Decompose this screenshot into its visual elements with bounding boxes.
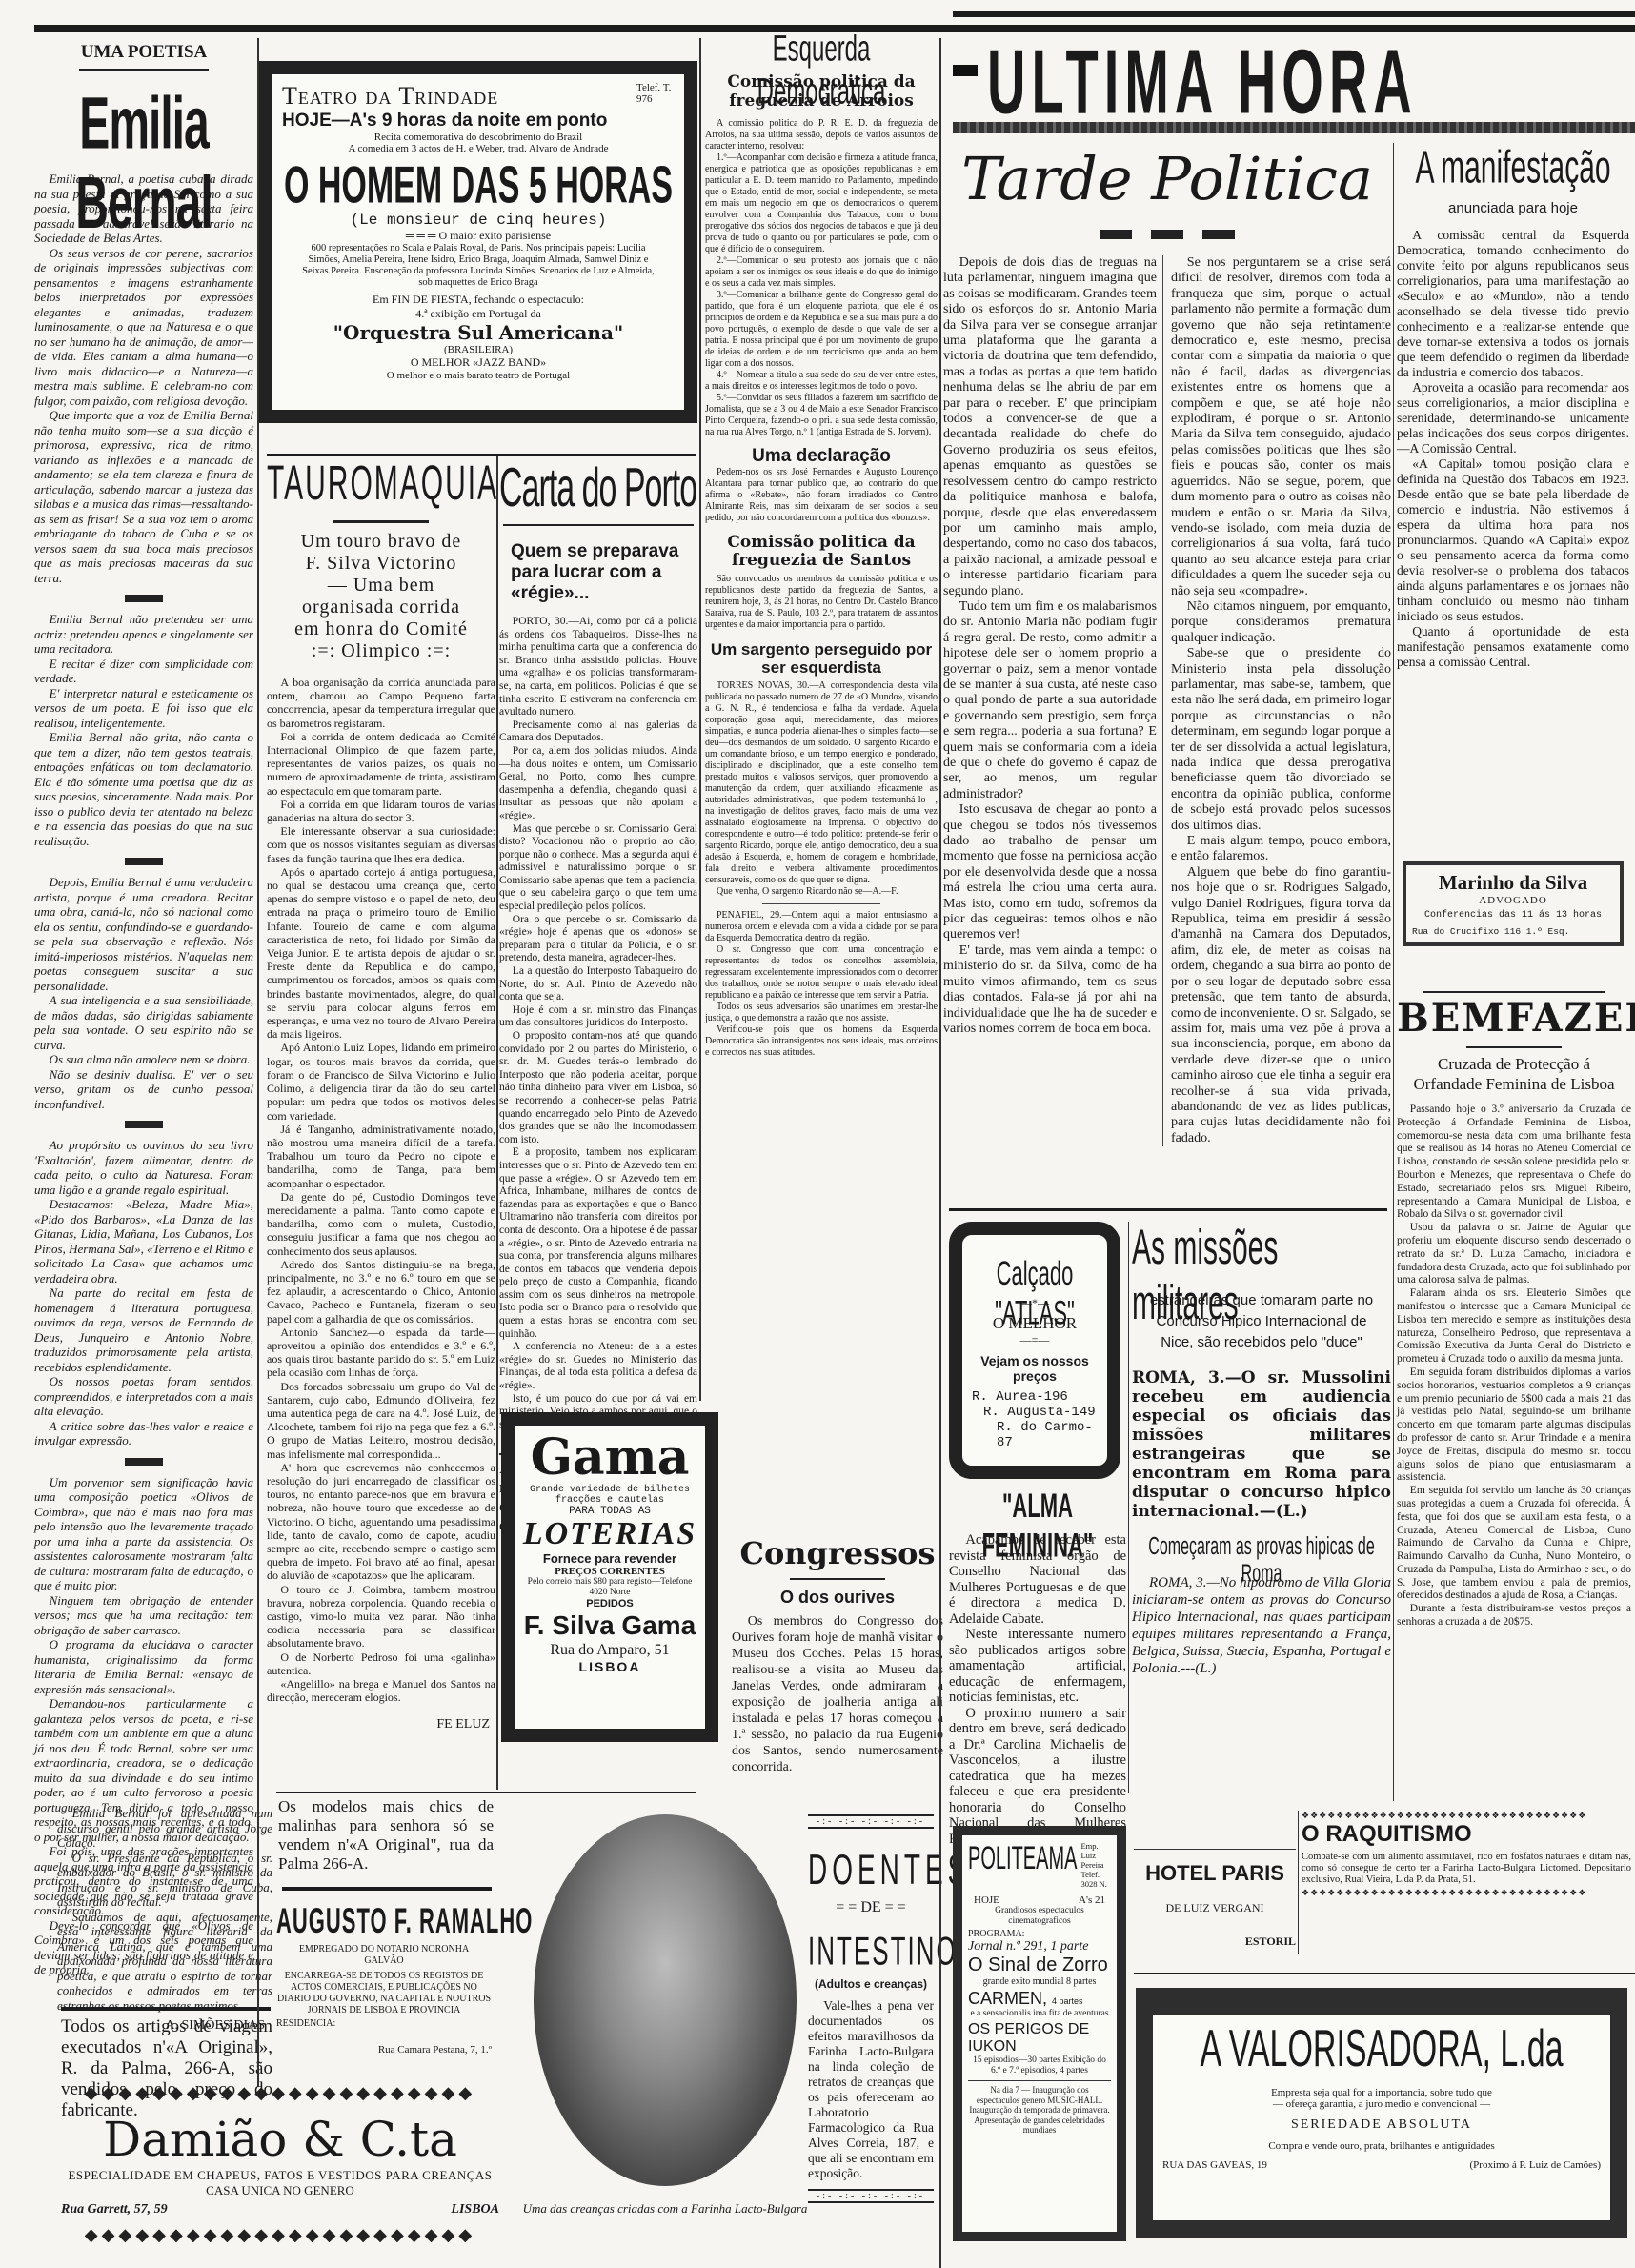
paragraph: Hoje é com a sr. ministro das Finanças u… bbox=[499, 1004, 697, 1030]
article-subhead: O dos ourives bbox=[732, 1588, 943, 1608]
divider bbox=[79, 69, 209, 71]
paragraph: 5.º—Convidar os seus filiados a fazerem … bbox=[705, 393, 938, 438]
paragraph: A sua inteligencia e a sua sensibilidade… bbox=[34, 993, 253, 1052]
ad-line: Combate-se com um alimento assimilavel, … bbox=[1302, 1852, 1631, 1886]
article-body: A comissão central da Esquerda Democrati… bbox=[1397, 228, 1629, 670]
paragraph: Sabe-se que o presidente do Ministerio i… bbox=[1171, 646, 1391, 834]
article-headline: A manifestação bbox=[1397, 143, 1629, 194]
ad-line: EMPREGADO DO NOTARIO NORONHA GALVÃO bbox=[276, 1944, 492, 1967]
program-item: CARMEN, bbox=[968, 1989, 1047, 2008]
paragraph: Neste interessante numero são publicados… bbox=[949, 1627, 1126, 1706]
ad-loterias: LOTERIAS bbox=[522, 1517, 697, 1551]
ad-line: DE LUIZ VERGANI bbox=[1134, 1901, 1296, 1915]
ornament-border: ❖❖❖❖❖❖❖❖❖❖❖❖❖❖❖❖❖❖❖❖❖❖❖❖❖❖❖❖❖❖❖❖❖ bbox=[1302, 1888, 1631, 1898]
ad-silva-gama: Gama Grande variedade de bilhetes fracçõ… bbox=[501, 1412, 718, 1742]
orchestra-name: "Orquestra Sul Americana" bbox=[282, 321, 675, 344]
article-manifestacao: A manifestação anunciada para hoje A com… bbox=[1397, 143, 1629, 670]
divider bbox=[276, 1792, 696, 1793]
paragraph: Ao propórsito os ouvimos do seu livro 'E… bbox=[34, 1138, 253, 1197]
paragraph: O programa da elucidava o caracter human… bbox=[34, 1637, 253, 1696]
ad-line: ENCARREGA-SE DE TODOS OS REGISTOS DE ACT… bbox=[276, 1971, 492, 2016]
paragraph: Emilia Bernal foi apresentada num discur… bbox=[57, 1806, 272, 1851]
column-rule bbox=[1393, 143, 1394, 1801]
ad-brand: Damião & C.ta bbox=[61, 2111, 499, 2168]
article-missoes-militares: As missões militares estrangeiras que to… bbox=[1132, 1222, 1391, 1677]
article-headline: Comissão politica da freguezia de Santos bbox=[705, 534, 938, 570]
article-carta-porto: Carta do Porto Quem se preparava para lu… bbox=[499, 457, 697, 1535]
paragraph: São convocados os membros da comissão po… bbox=[705, 574, 938, 631]
section-header: Congressos bbox=[732, 1536, 943, 1570]
paragraph: Saudamos de aqui, afectuosamente, essa i… bbox=[57, 1910, 272, 2014]
paragraph: E a proposito, tambem nos explicaram int… bbox=[499, 1146, 697, 1341]
paragraph: Depois de dois dias de treguas na luta p… bbox=[943, 255, 1157, 599]
ad-line: Empresta seja qual for a importancia, so… bbox=[1162, 2087, 1601, 2098]
article-emilia-bernal: UMA POETISA Emilia Bernal Emilia Bernal,… bbox=[34, 38, 253, 1977]
paragraph: Tudo tem um fim e os malabarismos do sr.… bbox=[943, 599, 1157, 802]
ornament-border: ◆◆◆◆◆◆◆◆◆◆◆◆◆◆◆◆◆◆◆◆◆◆◆ bbox=[61, 2225, 499, 2245]
article-body: PORTO, 30.—Ai, como por cá a policia ás … bbox=[499, 616, 697, 1431]
paragraph: A boa organisação da corrida anunciada p… bbox=[267, 676, 495, 730]
paragraph: Os seus versos de cor perene, sacrarios … bbox=[34, 246, 253, 409]
banner-rule bbox=[953, 122, 1635, 133]
paragraph: Todos os seus adversarios são unanimes e… bbox=[705, 1002, 938, 1024]
paragraph: Mas que percebe o sr. Comissario Geral d… bbox=[499, 823, 697, 914]
theatre-phone: Telef. T. 976 bbox=[636, 82, 675, 105]
ad-line: Na dia 7 — Inauguração dos espectaculos … bbox=[968, 2085, 1111, 2136]
ad-address: R. do Carmo-87 bbox=[972, 1420, 1098, 1450]
paragraph: Após o apartado cortejo á antiga portugu… bbox=[267, 865, 495, 1042]
paragraph: 3.º—Comunicar a brilhante gente do Congr… bbox=[705, 290, 938, 370]
article-body: TORRES NOVAS, 30.—A correspondencia dest… bbox=[705, 680, 938, 1059]
photo-caption: Uma das creanças criadas com a Farinha L… bbox=[522, 2201, 808, 2217]
ad-damiao: ◆◆◆◆◆◆◆◆◆◆◆◆◆◆◆◆◆◆◆◆◆◆◆ Damião & C.ta ES… bbox=[61, 2083, 499, 2245]
article-headline: Tarde Politica bbox=[943, 143, 1391, 215]
article-alma-feminina: "ALMA FEMININA" Acabamos de receber esta… bbox=[949, 1487, 1126, 1847]
ad-title: INTESTINOS bbox=[808, 1928, 934, 1972]
paragraph: O sr. Congresso que com uma concentração… bbox=[705, 944, 938, 1002]
ornament-border: -:- -:- -:- -:- -:- bbox=[808, 1814, 934, 1829]
article-subhead: Um touro bravo de F. Silva Victorino — U… bbox=[267, 531, 495, 662]
paragraph: Aproveita a ocasião para recomendar aos … bbox=[1397, 380, 1629, 456]
paragraph: Ele interessante observar a sua curiosid… bbox=[267, 824, 495, 865]
ad-line: RESIDENCIA: bbox=[276, 2018, 492, 2029]
column-rule bbox=[939, 38, 941, 2268]
divider bbox=[1466, 1046, 1562, 1048]
article-headline: As missões militares bbox=[1132, 1222, 1391, 1279]
article-headline: Um sargento perseguido por ser esquerdis… bbox=[705, 640, 938, 677]
show-title: O HOMEM DAS 5 HORAS bbox=[282, 158, 675, 212]
paragraph: Que importa que a voz de Emilia Bernal n… bbox=[34, 408, 253, 585]
paragraph: Ora o que percebe o sr. Comissario da «r… bbox=[499, 914, 697, 965]
paragraph: Verificou-se pois que os homens da Esque… bbox=[705, 1024, 938, 1059]
ad-line: 4 partes bbox=[1052, 1996, 1083, 2006]
article-congressos: Congressos O dos ourives Os membros do C… bbox=[732, 1536, 943, 1775]
paragraph: Que venha, O sargento Ricardo não se—A.—… bbox=[705, 886, 938, 898]
ad-line: HOJE bbox=[974, 1894, 999, 1906]
article-body: Passando hoje o 3.º aniversario da Cruza… bbox=[1397, 1104, 1631, 1630]
paragraph: Da gente do pé, Custodio Domingos teve m… bbox=[267, 1190, 495, 1258]
paragraph: Isto escusava de chegar ao ponto a que c… bbox=[943, 802, 1157, 943]
child-photo bbox=[534, 1814, 797, 2186]
paragraph: O sr. Presidente da Republica, o sr. emb… bbox=[57, 1851, 272, 1910]
ad-owner: F. Silva Gama bbox=[522, 1610, 697, 1642]
paragraph: Durante a festa distribuiram-se vestos p… bbox=[1397, 1603, 1631, 1630]
ad-augusto-ramalho: AUGUSTO F. RAMALHO EMPREGADO DO NOTARIO … bbox=[276, 1900, 492, 2055]
article-subhead: anunciada para hoje bbox=[1397, 200, 1629, 216]
paragraph: Se nos perguntarem se a crise será dific… bbox=[1171, 255, 1391, 599]
section-header: TAUROMAQUIA bbox=[267, 457, 495, 511]
paragraph: Pedem-nos os srs José Fernandes e August… bbox=[705, 467, 938, 524]
article-headline: "ALMA FEMININA" bbox=[949, 1487, 1126, 1525]
ad-brand: Marinho da Silva bbox=[1412, 871, 1614, 895]
ad-line: — ofereça garantia, a juro medio e conve… bbox=[1162, 2098, 1601, 2110]
article-esquerda-democratica: Esquerda Democratica Comissão politica d… bbox=[705, 29, 938, 1059]
ad-line: (Adultos e creanças) bbox=[808, 1977, 934, 1991]
divider bbox=[1134, 1849, 1296, 1850]
ad-valorisadora: A VALORISADORA, L.da Empresta seja qual … bbox=[1136, 1988, 1627, 2238]
ad-line: PREÇOS CORRENTES bbox=[522, 1566, 697, 1577]
show-tagline: ═ ═ ═ O maior exito parisiense bbox=[282, 229, 675, 243]
ad-line: SERIEDADE ABSOLUTA bbox=[1162, 2117, 1601, 2133]
ad-brand: POLITEAMA bbox=[968, 1841, 1077, 1875]
ornament-border: -:- -:- -:- -:- -:- bbox=[808, 2189, 934, 2203]
ad-city: LISBOA bbox=[522, 1659, 697, 1674]
ad-line: 15 episodios—30 partes Exibição do 6.º e… bbox=[968, 2055, 1111, 2076]
section-header: Esquerda Democratica bbox=[705, 29, 938, 71]
article-signature: FE ELUZ bbox=[267, 1717, 490, 1732]
program-item: OS PERIGOS DE IUKON bbox=[968, 2021, 1111, 2055]
ad-line: Fornece para revender bbox=[522, 1551, 697, 1566]
column-rule bbox=[699, 38, 701, 1401]
ad-brand: Calçado "ATLAS" bbox=[972, 1254, 1098, 1292]
article-headline: Uma declaração bbox=[705, 446, 938, 467]
paragraph: Em seguida foram distribuidos diplomas a… bbox=[1397, 1367, 1631, 1485]
article-subhead: Quem se preparava para lucrar com a «rég… bbox=[499, 541, 697, 604]
ad-line: Emp. Luiz Pereira bbox=[1080, 1841, 1111, 1870]
ad-calcado-atlas: Calçado "ATLAS" —*— O MELHOR —=— Vejam o… bbox=[949, 1222, 1120, 1479]
ad-line: Pelo correio mais $80 para registo—Telef… bbox=[522, 1577, 697, 1598]
paragraph: A comissão politica do P. R. E. D. da fr… bbox=[705, 118, 938, 152]
paragraph: O proposito contam-nos até que quando co… bbox=[499, 1030, 697, 1146]
ad-address: Rua Camara Pestana, 7, 1.º bbox=[276, 2044, 492, 2055]
banner-title: ULTIMA HORA bbox=[987, 29, 1418, 91]
paragraph: Foi a corrida em que lidaram touros de v… bbox=[267, 798, 495, 824]
article-headline: Emilia Bernal bbox=[34, 86, 253, 172]
ad-hotel-paris: HOTEL PARIS DE LUIZ VERGANI ESTORIL bbox=[1134, 1849, 1296, 1949]
paragraph: A critica sobre das-lhes valor e realce … bbox=[34, 1419, 253, 1448]
ad-line: Em FIN DE FIESTA, fechando o espectaculo… bbox=[282, 293, 675, 307]
paragraph: Ninguem tem obrigação de entender versos… bbox=[34, 1593, 253, 1638]
article-column: Se nos perguntarem se a crise será dific… bbox=[1171, 255, 1391, 1146]
program-item: O Sinal de Zorro bbox=[968, 1954, 1111, 1976]
ad-line: ESPECIALIDADE EM CHAPEUS, FATOS E VESTID… bbox=[61, 2168, 499, 2183]
paragraph: Um porventor sem significação havia uma … bbox=[34, 1475, 253, 1593]
ad-brand: HOTEL PARIS bbox=[1134, 1861, 1296, 1886]
paragraph: Por ca, alem dos policias miudos. Ainda—… bbox=[499, 745, 697, 823]
paragraph: La a questão do Interposto Tabaqueiro do… bbox=[499, 965, 697, 1004]
article-tauromaquia: TAUROMAQUIA Um touro bravo de F. Silva V… bbox=[267, 457, 495, 1732]
paragraph: 2.º—Comunicar o seu protesto aos jornais… bbox=[705, 255, 938, 290]
divider bbox=[968, 2080, 1111, 2081]
ad-address: Rua Garrett, 57, 59 bbox=[61, 2202, 168, 2217]
divider bbox=[1134, 1973, 1635, 1974]
paragraph: ROMA, 3.—O sr. Mussolini recebeu em audi… bbox=[1132, 1368, 1391, 1521]
paragraph: Destacamos: «Beleza, Madre Mia», «Pido d… bbox=[34, 1197, 253, 1286]
paragraph: «Angelillo» na brega e Manuel dos Santos… bbox=[267, 1677, 495, 1704]
banner-dash bbox=[953, 65, 978, 76]
paragraph: O de Norberto Pedroso foi uma «galinha» … bbox=[267, 1650, 495, 1677]
ad-original-malinhas: Os modelos mais chics de malinhas para s… bbox=[278, 1797, 494, 1873]
column-rule bbox=[496, 456, 498, 1790]
divider bbox=[333, 520, 429, 523]
paragraph: PENAFIEL, 29.—Ontem aqui a maior entusia… bbox=[705, 910, 938, 944]
ad-city: LISBOA bbox=[451, 2202, 499, 2217]
ad-line: ADVOGADO bbox=[1412, 895, 1614, 906]
ad-line: A's 21 bbox=[1079, 1894, 1105, 1906]
divider bbox=[949, 1208, 1387, 1211]
ad-line: 4.ª exibição em Portugal da bbox=[282, 307, 675, 321]
paragraph: Os sua alma não amolece nem se dobra. bbox=[34, 1052, 253, 1067]
paragraph: A comissão central da Esquerda Democrati… bbox=[1397, 228, 1629, 380]
paragraph: Já é Tanganho, administrativamente notad… bbox=[267, 1123, 495, 1190]
paragraph: Os nossos poetas foram sentidos, compree… bbox=[34, 1374, 253, 1419]
ad-politeama: POLITEAMA Emp. Luiz Pereira Telef. 3028 … bbox=[953, 1826, 1126, 2241]
ornament bbox=[943, 227, 1391, 244]
article-body: Acabamos de receber esta revista feminis… bbox=[949, 1532, 1126, 1847]
article-column: Depois de dois dias de treguas na luta p… bbox=[943, 255, 1163, 1146]
article-body: A boa organisação da corrida anunciada p… bbox=[267, 676, 495, 1704]
paragraph: E recitar é dizer com simplicidade com v… bbox=[34, 657, 253, 686]
paragraph: Depois, Emilia Bernal é uma verdadeira a… bbox=[34, 875, 253, 993]
ad-title: DOENTES bbox=[808, 1846, 934, 1890]
paragraph: Na parte do recital em festa de homenage… bbox=[34, 1286, 253, 1374]
paragraph: Em seguida foi servido um lanche ás 30 c… bbox=[1397, 1485, 1631, 1603]
paragraph: Usou da palavra o sr. Jaime de Aguiar qu… bbox=[1397, 1222, 1631, 1287]
paragraph: Vale-lhes a pena ver documentados os efe… bbox=[808, 1998, 934, 2181]
ad-address: R. Augusta-149 bbox=[972, 1405, 1098, 1420]
ad-line: = = DE = = bbox=[808, 1899, 934, 1916]
paragraph: Emilia Bernal não grita, não canta o que… bbox=[34, 730, 253, 848]
paragraph: E' interpretar natural e esteticamente o… bbox=[34, 686, 253, 731]
article-bemfazer: BEMFAZER Cruzada de Protecção á Orfandad… bbox=[1397, 991, 1631, 1630]
ad-line: Telef. 3028 N. bbox=[1080, 1870, 1111, 1889]
paragraph: A conferencia no Ateneu: de a a estes «r… bbox=[499, 1341, 697, 1392]
ad-brand: O RAQUITISMO bbox=[1302, 1821, 1631, 1848]
paragraph: Antonio Sanchez—o espada da tarde—aprove… bbox=[267, 1326, 495, 1380]
ad-line: Grande variedade de bilhetes fracções e … bbox=[522, 1485, 697, 1506]
paragraph: ROMA, 3.—No hipodromo de Villa Gloria in… bbox=[1132, 1574, 1391, 1677]
divider bbox=[503, 524, 694, 526]
ornament-border: ◆◆◆◆◆◆◆◆◆◆◆◆◆◆◆◆◆◆◆◆◆◆◆ bbox=[61, 2083, 499, 2103]
ad-marinho-silva: Marinho da Silva ADVOGADO Conferencias d… bbox=[1403, 861, 1624, 946]
separator bbox=[125, 858, 163, 865]
paragraph: E mais algum tempo, pouco embora, e entã… bbox=[1171, 834, 1391, 865]
paragraph: 1.º—Acompanhar com decisão e firmeza a a… bbox=[705, 152, 938, 255]
ad-brand: AUGUSTO F. RAMALHO bbox=[276, 1900, 492, 1933]
ad-brand: Gama bbox=[522, 1431, 697, 1485]
paragraph: Apó Antonio Luiz Lopes, lidando em prime… bbox=[267, 1041, 495, 1122]
article-kicker: UMA POETISA bbox=[34, 42, 253, 63]
ad-line: grande exito mundial 8 partes bbox=[968, 1976, 1111, 1987]
ad-raquitismo: ❖❖❖❖❖❖❖❖❖❖❖❖❖❖❖❖❖❖❖❖❖❖❖❖❖❖❖❖❖❖❖❖❖ O RAQU… bbox=[1302, 1811, 1631, 1898]
separator bbox=[125, 1458, 163, 1466]
ad-line: Conferencias das 11 ás 13 horas bbox=[1412, 910, 1614, 921]
paragraph: E' tarde, mas vem ainda a tempo: o minis… bbox=[943, 943, 1157, 1037]
paragraph: Falaram ainda os srs. Eleuterio Simões q… bbox=[1397, 1287, 1631, 1367]
ornament-border: ❖❖❖❖❖❖❖❖❖❖❖❖❖❖❖❖❖❖❖❖❖❖❖❖❖❖❖❖❖❖❖❖❖ bbox=[1302, 1811, 1631, 1821]
ad-line: Compra e vende ouro, prata, brilhantes e… bbox=[1162, 2140, 1601, 2152]
article-subhead: Começaram as provas hipicas de Roma bbox=[1132, 1534, 1391, 1561]
article-body: Depois de dois dias de treguas na luta p… bbox=[943, 255, 1391, 1146]
ad-line: Recita comemorativa do descobrimento do … bbox=[282, 132, 675, 143]
program-item: Jornal n.º 291, 1 parte bbox=[968, 1939, 1111, 1954]
paragraph: Não se desiniv dualisa. E' ver o seu ver… bbox=[34, 1067, 253, 1112]
column-rule bbox=[1128, 1222, 1129, 1793]
paragraph: Passando hoje o 3.º aniversario da Cruza… bbox=[1397, 1104, 1631, 1222]
separator bbox=[125, 595, 163, 602]
ad-line: PEDIDOS bbox=[522, 1598, 697, 1610]
paragraph: Adredo dos Santos distinguiu-se na brega… bbox=[267, 1258, 495, 1326]
paragraph: Alguem que bebe do fino garantiu-nos hoj… bbox=[1171, 865, 1391, 1146]
ornament: —=— bbox=[972, 1333, 1098, 1347]
ad-line: Grandiosos espectaculos cinematograficos bbox=[968, 1906, 1111, 1927]
ad-line: (Proximo á P. Luiz de Camões) bbox=[1470, 2159, 1601, 2171]
paragraph: TORRES NOVAS, 30.—A correspondencia dest… bbox=[705, 680, 938, 886]
ad-city: ESTORIL bbox=[1134, 1934, 1296, 1949]
divider bbox=[790, 1578, 885, 1580]
show-time: HOJE—A's 9 horas da noite em ponto bbox=[282, 111, 675, 132]
column-rule bbox=[1298, 1811, 1299, 1954]
ad-line: O MELHOR «JAZZ BAND» bbox=[282, 355, 675, 370]
ad-address: Rua do Amparo, 51 bbox=[522, 1642, 697, 1659]
paragraph: 4.º—Nomear a titulo a sua sede do seu de… bbox=[705, 370, 938, 393]
ultima-hora-banner: ULTIMA HORA bbox=[943, 29, 1629, 120]
paragraph: Emilia Bernal não pretendeu ser uma actr… bbox=[34, 612, 253, 657]
article-body: Emilia Bernal, a poetisa cubana dirada n… bbox=[34, 172, 253, 1977]
article-body: A comissão politica do P. R. E. D. da fr… bbox=[705, 118, 938, 438]
ad-line: PROGRAMA: bbox=[968, 1929, 1111, 1939]
paragraph: Precisamente como ai nas galerias da Cam… bbox=[499, 719, 697, 745]
ad-line: O melhor e o mais barato teatro de Portu… bbox=[282, 370, 675, 381]
paragraph: Foi a corrida de ontem dedicada ao Comit… bbox=[267, 730, 495, 798]
paragraph: Não citamos ninguem, por emquanto, porqu… bbox=[1171, 599, 1391, 646]
show-details: 600 representações no Scala e Palais Roy… bbox=[282, 243, 675, 289]
divider bbox=[61, 2007, 271, 2011]
divider bbox=[267, 454, 696, 456]
ad-line: A comedia em 3 actos de H. e Weber, trad… bbox=[282, 143, 675, 154]
article-subhead: Cruzada de Protecção á Orfandade Feminin… bbox=[1397, 1054, 1631, 1094]
ad-address: Rua do Crucifixo 116 1.º Esq. bbox=[1412, 926, 1614, 937]
section-header: Carta do Porto bbox=[499, 457, 697, 513]
article-emilia-bernal-end: Emilia Bernal foi apresentada num discur… bbox=[57, 1806, 272, 2034]
ad-line: e a sensacionalis ima fita de aventuras bbox=[968, 2009, 1111, 2019]
article-headline: BEMFAZER bbox=[1397, 993, 1631, 1044]
separator bbox=[125, 1121, 163, 1128]
ad-line: CASA UNICA NO GENERO bbox=[61, 2183, 499, 2198]
ad-address: R. Aurea-196 bbox=[972, 1389, 1098, 1405]
paragraph: O touro de J. Coimbra, tambem mostrou br… bbox=[267, 1583, 495, 1650]
banner-rule bbox=[953, 11, 1635, 17]
paragraph: A' hora que escrevemos não conhecemos a … bbox=[267, 1461, 495, 1583]
ad-address: RUA DAS GAVEAS, 19 bbox=[1162, 2159, 1267, 2171]
ad-brand: A VALORISADORA, L.da bbox=[1162, 2020, 1601, 2077]
divider bbox=[762, 903, 880, 904]
ad-line: (BRASILEIRA) bbox=[282, 344, 675, 355]
paragraph: PORTO, 30.—Ai, como por cá a policia ás … bbox=[499, 616, 697, 719]
divider bbox=[282, 1887, 492, 1891]
paragraph: «A Capital» tomou posição clara e defini… bbox=[1397, 456, 1629, 624]
paragraph: Quanto á oportunidade de esta manifestaç… bbox=[1397, 624, 1629, 670]
ad-line: Vejam os nossos preços bbox=[972, 1353, 1098, 1384]
ad-doentes-intestinos: -:- -:- -:- -:- -:- DOENTES = = DE = = I… bbox=[808, 1814, 934, 2203]
theatre-name: Teatro da Trindade bbox=[282, 82, 498, 111]
paragraph: Os membros do Congresso dos Ourives fora… bbox=[732, 1613, 943, 1775]
ad-teatro-trindade: Teatro da Trindade Telef. T. 976 HOJE—A'… bbox=[259, 61, 697, 423]
paragraph: Dos forcados sobressaiu um grupo do Val … bbox=[267, 1380, 495, 1461]
article-tarde-politica: Tarde Politica Depois de dois dias de tr… bbox=[943, 143, 1391, 1146]
